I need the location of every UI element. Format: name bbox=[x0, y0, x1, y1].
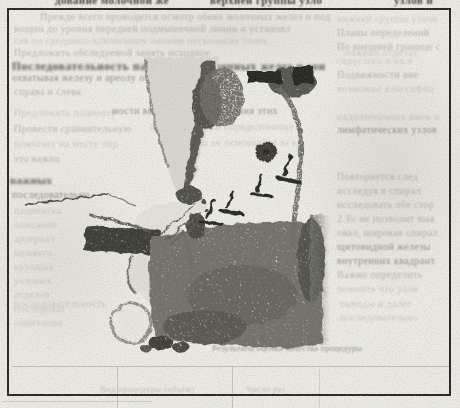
direction-arrow-foot bbox=[278, 178, 300, 182]
faded-text-line: последовательно bbox=[340, 314, 444, 325]
faded-text-line: верхней группы узло bbox=[210, 0, 322, 8]
faded-text-line: нижней группы узлов bbox=[337, 15, 447, 26]
faded-text-line: Важно определить bbox=[337, 271, 447, 282]
pointer-line bbox=[25, 194, 136, 206]
faded-text-line: узлов и bbox=[394, 0, 450, 8]
faded-text-line: внутренних квадрант bbox=[337, 257, 447, 268]
faded-text-line: исследуя в спирал bbox=[337, 187, 447, 198]
photo-figure bbox=[25, 57, 330, 352]
direction-arrow bbox=[227, 192, 233, 208]
faded-text-line: возможно классифиц bbox=[337, 85, 447, 96]
faded-text-line: округлого в их в bbox=[337, 57, 447, 68]
direction-arrow-foot bbox=[221, 211, 242, 214]
faded-text-line: исследовать обе стор bbox=[337, 201, 447, 212]
scanned-page: дование молочной жеверхней группы узлоуз… bbox=[0, 0, 460, 408]
faded-text-line: щитовидной железы bbox=[337, 243, 447, 254]
faded-text-line: Вид процедуры (объём) bbox=[100, 385, 232, 394]
direction-arrow bbox=[284, 156, 291, 175]
direction-arrow-foot bbox=[252, 194, 271, 196]
faded-text-line: Повторяется след bbox=[337, 173, 447, 184]
faded-text-line: овал, широкая спирал bbox=[337, 229, 447, 240]
faded-text-line: По внешней границе с bbox=[337, 43, 447, 54]
faded-text-line: надключичных ямок и bbox=[337, 113, 447, 124]
faded-text-line: сев по срединно-ключичным линиям несколь… bbox=[14, 37, 374, 48]
faded-text-line: помнить что разм bbox=[337, 285, 447, 296]
direction-arrow bbox=[257, 176, 262, 191]
faded-text-line: Число раз bbox=[246, 385, 316, 394]
faded-text-line: 2.То не позволит выя bbox=[337, 215, 447, 226]
photo-top-dark-bar bbox=[247, 71, 282, 83]
faded-text-line: дование молочной же bbox=[55, 0, 173, 8]
faded-text-line: Подвижности вне bbox=[337, 71, 447, 82]
nipple bbox=[263, 149, 269, 155]
faded-text-line: Планы определений bbox=[337, 29, 447, 40]
palpation-photo bbox=[10, 55, 345, 353]
direction-arrows bbox=[200, 156, 300, 225]
faded-text-line: : bbox=[429, 370, 439, 381]
faded-text-line: выводы и далее bbox=[340, 300, 444, 311]
faded-text-line: лимфатических узлов bbox=[337, 126, 447, 137]
photo-top-dark-bar bbox=[293, 66, 313, 84]
direction-arrow bbox=[207, 200, 214, 218]
